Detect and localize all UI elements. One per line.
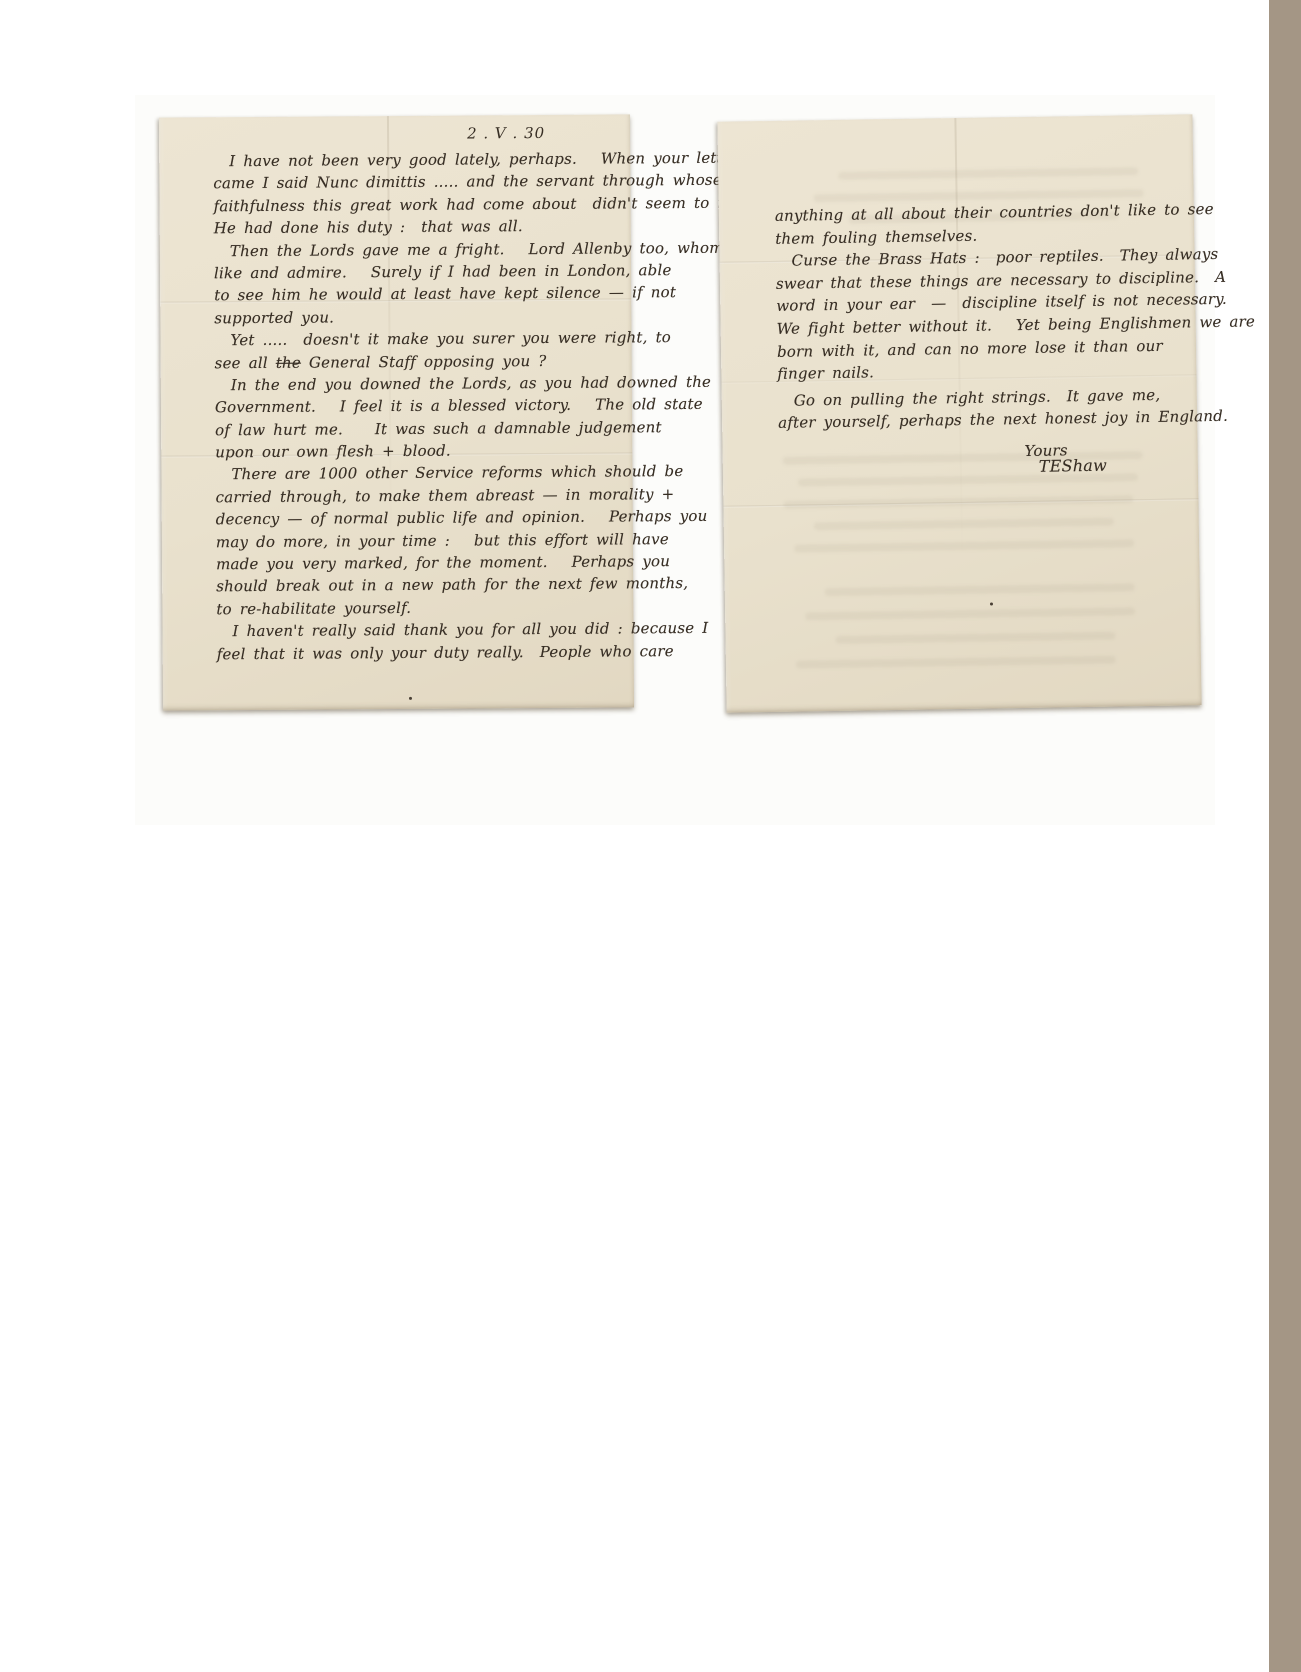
letter-line: He had done his duty : that was all. [214, 215, 622, 240]
letter-line: In the end you downed the Lords, as you … [215, 371, 623, 396]
letter-line: I haven't really said thank you for all … [216, 618, 624, 643]
letter-line: Government. I feel it is a blessed victo… [215, 394, 623, 419]
letter-line: I have not been very good lately, perhap… [213, 147, 621, 172]
letter-page-1: 2 . V . 30 I have not been very good lat… [159, 114, 634, 710]
letter-line: There are 1000 other Service reforms whi… [215, 461, 623, 486]
signature-name: TEShaw [1039, 456, 1179, 474]
letter-date: 2 . V . 30 [467, 124, 545, 143]
ink-show-through [794, 539, 1134, 552]
letter-line: to re-habilitate yourself. [216, 595, 624, 620]
letter-body: I have not been very good lately, perhap… [213, 147, 625, 665]
letter-body: anything at all about their countries do… [775, 199, 1179, 479]
ink-show-through [783, 495, 1133, 508]
letter-line: like and admire. Surely if I had been in… [214, 259, 622, 284]
ink-speck [409, 697, 412, 700]
letter-line: of law hurt me. It was such a damnable j… [215, 416, 623, 441]
letter-line: feel that it was only your duty really. … [217, 640, 625, 665]
letter-line: may do more, in your time : but this eff… [216, 528, 624, 553]
ink-show-through [814, 518, 1114, 531]
letter-line: upon our own flesh + blood. [215, 438, 623, 463]
ink-show-through [838, 167, 1138, 180]
letter-line: should break out in a new path for the n… [216, 573, 624, 598]
letter-line: came I said Nunc dimittis ..... and the … [213, 170, 621, 195]
letter-page-2: anything at all about their countries do… [717, 114, 1201, 712]
catalog-page: 2 . V . 30 I have not been very good lat… [0, 0, 1301, 1672]
letter-line-with-strikethrough: see all the General Staff opposing you ? [215, 349, 623, 374]
letter-line: faithfulness this great work had come ab… [213, 192, 621, 217]
ink-show-through [796, 656, 1116, 669]
letter-line: Then the Lords gave me a fright. Lord Al… [214, 237, 622, 262]
letter-line: carried through, to make them abreast — … [216, 483, 624, 508]
line-segment: General Staff opposing you ? [301, 351, 547, 371]
line-segment: see all [215, 353, 276, 371]
signature-block: Yours TEShaw [1024, 441, 1178, 475]
letter-line: supported you. [214, 304, 622, 329]
letter-line: decency — of normal public life and opin… [216, 506, 624, 531]
ink-speck [990, 602, 993, 605]
ink-show-through [835, 632, 1115, 644]
catalog-side-stripe [1269, 0, 1301, 1672]
letter-line: Yet ..... doesn't it make you surer you … [214, 327, 622, 352]
ink-show-through [805, 607, 1135, 620]
ink-show-through [825, 583, 1135, 596]
letter-line: made you very marked, for the moment. Pe… [216, 550, 624, 575]
letter-line: to see him he would at least have kept s… [214, 282, 622, 307]
struck-word: the [276, 353, 301, 371]
